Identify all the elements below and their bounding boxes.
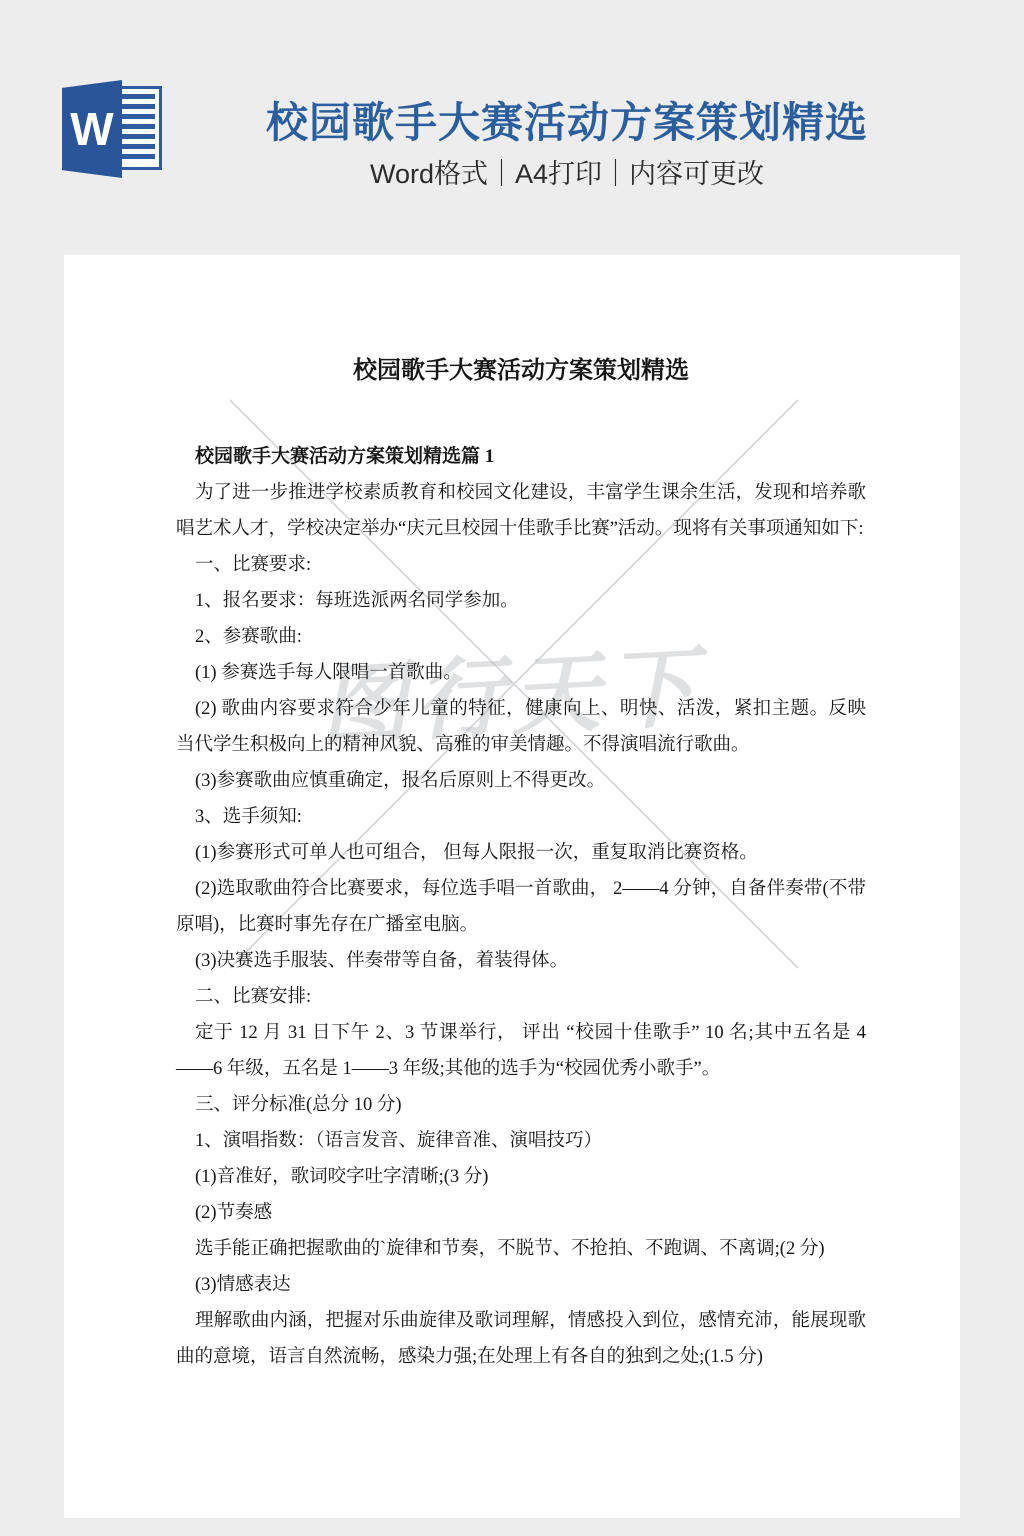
doc-paragraph: 定于 12 月 31 日下午 2、3 节课举行， 评出 “校园十佳歌手” 10 … xyxy=(176,1015,866,1087)
template-title: 校园歌手大赛活动方案策划精选 xyxy=(170,90,964,150)
doc-paragraph: (3)决赛选手服装、伴奏带等自备，着装得体。 xyxy=(176,943,866,979)
doc-paragraph: 3、选手须知: xyxy=(176,799,866,835)
document-body: 为了进一步推进学校素质教育和校园文化建设，丰富学生课余生活，发现和培养歌唱艺术人… xyxy=(176,475,866,1375)
template-header: W 校园歌手大赛活动方案策划精选 Word格式｜A4打印｜内容可更改 xyxy=(0,0,1024,255)
doc-paragraph: (1)参赛形式可单人也可组合， 但每人限报一次，重复取消比赛资格。 xyxy=(176,835,866,871)
template-subtitle: Word格式｜A4打印｜内容可更改 xyxy=(170,152,964,191)
doc-paragraph: (1) 参赛选手每人限唱一首歌曲。 xyxy=(176,655,866,691)
doc-paragraph: (1)音准好，歌词咬字吐字清晰;(3 分) xyxy=(176,1159,866,1195)
doc-paragraph: 1、报名要求：每班选派两名同学参加。 xyxy=(176,583,866,619)
document-page: 图行天下 校园歌手大赛活动方案策划精选 校园歌手大赛活动方案策划精选篇 1 为了… xyxy=(64,255,960,1518)
word-icon: W xyxy=(62,80,164,178)
word-icon-letter: W xyxy=(70,106,113,152)
doc-paragraph: (3)参赛歌曲应慎重确定，报名后原则上不得更改。 xyxy=(176,763,866,799)
doc-paragraph: (2)节奏感 xyxy=(176,1195,866,1231)
doc-paragraph: 一、比赛要求: xyxy=(176,547,866,583)
document-content: 校园歌手大赛活动方案策划精选 校园歌手大赛活动方案策划精选篇 1 为了进一步推进… xyxy=(64,255,960,1375)
word-icon-front: W xyxy=(62,80,122,178)
doc-paragraph: (2)选取歌曲符合比赛要求，每位选手唱一首歌曲， 2——4 分钟，自备伴奏带(不… xyxy=(176,871,866,943)
doc-paragraph: (3)情感表达 xyxy=(176,1267,866,1303)
doc-paragraph: 为了进一步推进学校素质教育和校园文化建设，丰富学生课余生活，发现和培养歌唱艺术人… xyxy=(176,475,866,547)
doc-paragraph: 理解歌曲内涵，把握对乐曲旋律及歌词理解，情感投入到位，感情充沛，能展现歌曲的意境… xyxy=(176,1303,866,1375)
doc-paragraph: 2、参赛歌曲: xyxy=(176,619,866,655)
doc-paragraph: 三、评分标准(总分 10 分) xyxy=(176,1087,866,1123)
section-heading: 校园歌手大赛活动方案策划精选篇 1 xyxy=(176,439,866,475)
doc-paragraph: 选手能正确把握歌曲的`旋律和节奏，不脱节、不抢拍、不跑调、不离调;(2 分) xyxy=(176,1231,866,1267)
doc-paragraph: 二、比赛安排: xyxy=(176,979,866,1015)
doc-paragraph: (2) 歌曲内容要求符合少年儿童的特征，健康向上、明快、活泼，紧扣主题。反映当代… xyxy=(176,691,866,763)
word-icon-page-lines xyxy=(120,94,155,163)
doc-paragraph: 1、演唱指数：（语言发音、旋律音准、演唱技巧） xyxy=(176,1123,866,1159)
document-title: 校园歌手大赛活动方案策划精选 xyxy=(176,354,866,388)
